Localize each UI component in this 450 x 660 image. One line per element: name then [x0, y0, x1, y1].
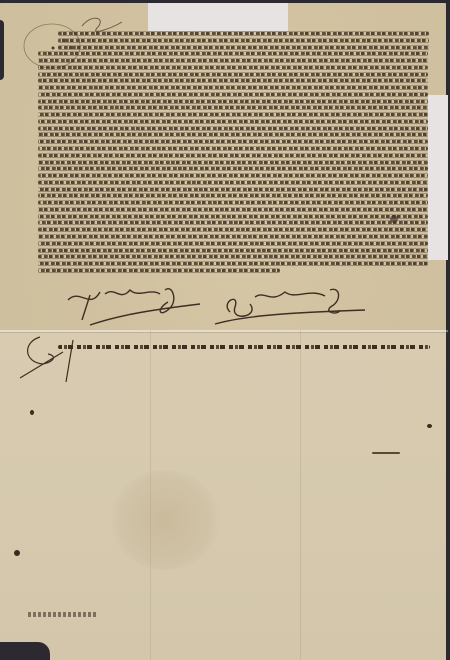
manuscript-text-line — [58, 32, 429, 35]
manuscript-text-line — [38, 242, 428, 245]
main-text-block — [38, 32, 428, 272]
docket-note — [28, 612, 98, 617]
manuscript-text-line — [38, 249, 428, 252]
manuscript-text-line — [38, 127, 428, 130]
manuscript-text-line — [38, 66, 428, 69]
seal-impression — [110, 470, 220, 570]
manuscript-text-line — [38, 228, 428, 231]
manuscript-text-line — [38, 133, 428, 136]
background-edge-left — [0, 20, 4, 80]
signature-right — [210, 282, 370, 336]
manuscript-text-line — [38, 221, 428, 224]
manuscript-text-line — [38, 100, 428, 103]
manuscript-text-line — [38, 106, 428, 109]
manuscript-text-line — [38, 194, 428, 197]
manuscript-text-line — [38, 255, 428, 258]
fold-line-vertical — [300, 330, 301, 660]
background-edge-bottom-left — [0, 642, 50, 660]
ink-stain — [14, 550, 20, 556]
manuscript-text-line — [58, 46, 429, 49]
manuscript-text-line — [38, 147, 428, 150]
manuscript-text-line — [38, 93, 428, 96]
manuscript-text-line — [58, 39, 429, 42]
manuscript-text-line — [38, 86, 428, 89]
manuscript-text-line — [38, 188, 428, 191]
ink-stain — [427, 424, 432, 428]
manuscript-text-line — [38, 120, 428, 123]
repair-patch-top — [148, 3, 288, 31]
manuscript-text-line — [38, 73, 428, 76]
manuscript-text-line — [38, 52, 428, 55]
ink-blot — [390, 215, 398, 223]
manuscript-text-line — [38, 167, 428, 170]
manuscript-text-line — [38, 154, 428, 157]
manuscript-text-line — [38, 113, 428, 116]
manuscript-text-line — [38, 235, 428, 238]
manuscript-text-line — [38, 161, 428, 164]
manuscript-text-line — [38, 262, 428, 265]
manuscript-text-line — [38, 79, 428, 82]
royal-signature-icon — [60, 280, 210, 330]
manuscript-text-line — [38, 208, 428, 211]
manuscript-text-line — [38, 269, 280, 272]
ink-stroke — [372, 452, 400, 454]
secretary-subscription: Yo ... de Valmaseda secretario del Rey e… — [58, 340, 438, 354]
manuscript-text-line — [38, 181, 428, 184]
ink-stain — [30, 410, 34, 415]
manuscript-text-line — [38, 201, 428, 204]
signature-left — [60, 280, 210, 334]
repair-patch-right — [428, 95, 448, 260]
manuscript-text-line — [38, 215, 428, 218]
royal-signature-icon — [210, 282, 370, 332]
manuscript-text-line — [38, 174, 428, 177]
manuscript-text-line — [38, 59, 428, 62]
manuscript-text-line — [38, 140, 428, 143]
